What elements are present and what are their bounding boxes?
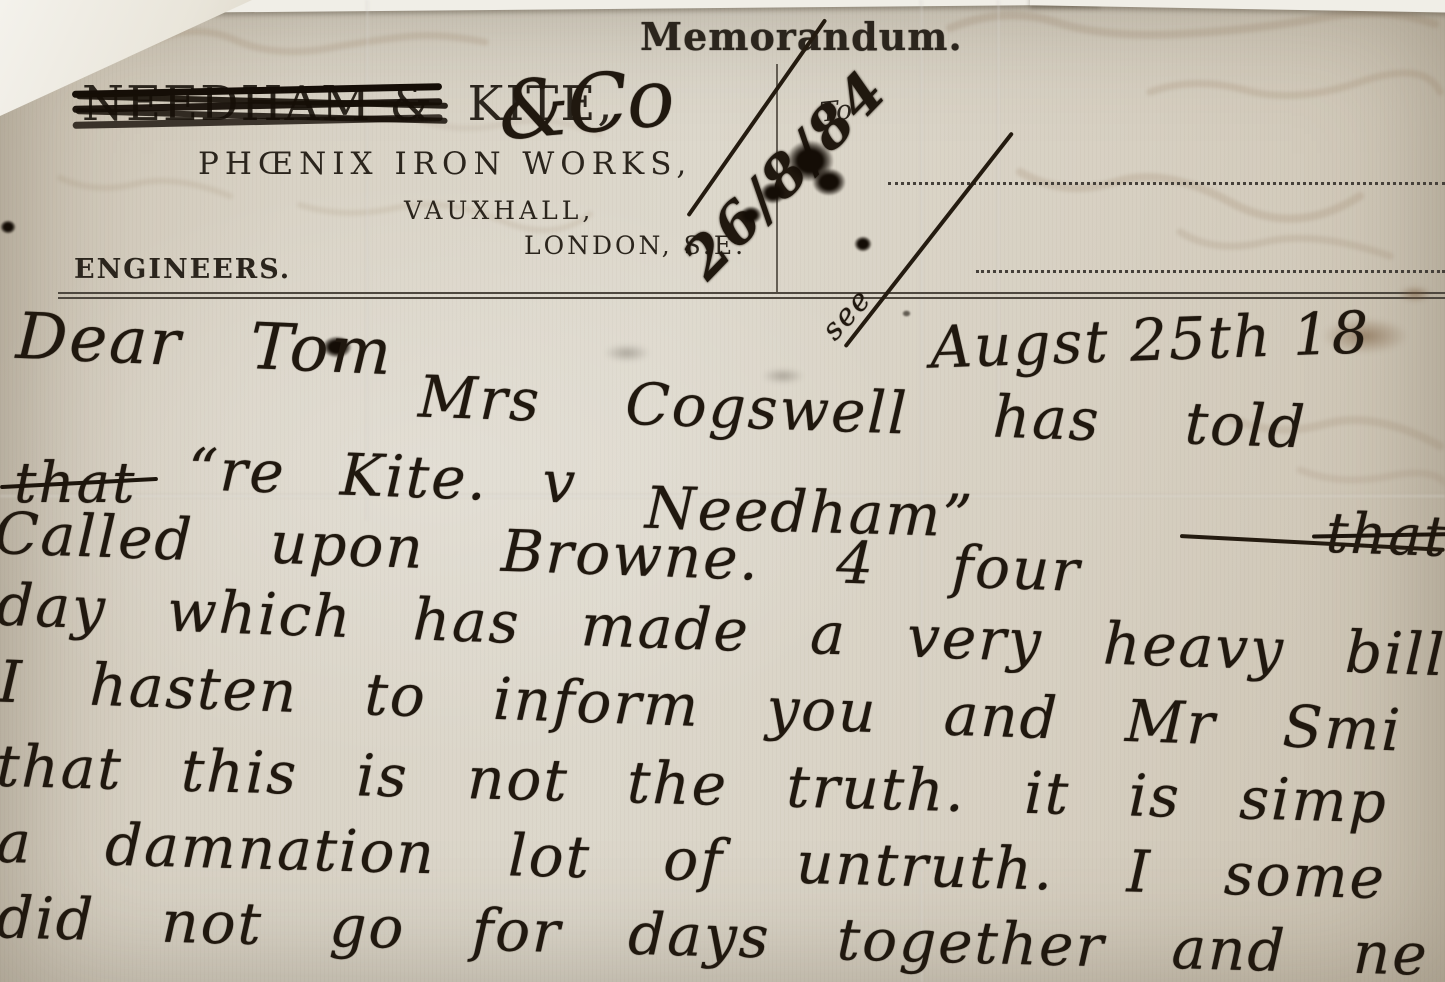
ink-blot bbox=[0, 220, 16, 234]
to-field-dotted-line-2 bbox=[976, 270, 1445, 273]
gray-smudge bbox=[604, 344, 650, 362]
letterhead-rule bbox=[58, 292, 1445, 299]
company-name-struck: NEEDHAM & bbox=[82, 76, 434, 132]
ink-blot bbox=[760, 182, 786, 204]
letter-paper: Memorandum. NEEDHAM & KITE, &Co PHŒNIX I… bbox=[0, 0, 1445, 982]
ink-blot bbox=[740, 206, 762, 224]
brown-smudge bbox=[1398, 286, 1432, 302]
ink-speck bbox=[902, 310, 911, 317]
works-line: PHŒNIX IRON WORKS, bbox=[198, 146, 692, 182]
district-line: VAUXHALL, bbox=[404, 196, 594, 225]
ink-blot bbox=[854, 236, 872, 252]
role-line: ENGINEERS. bbox=[74, 254, 291, 285]
body-line-2a: “re Kite. v bbox=[187, 435, 578, 517]
ink-blot bbox=[812, 168, 846, 196]
body-line-2-struck-word-2: that bbox=[1324, 501, 1445, 570]
company-suffix-handwritten: &Co bbox=[494, 51, 676, 159]
